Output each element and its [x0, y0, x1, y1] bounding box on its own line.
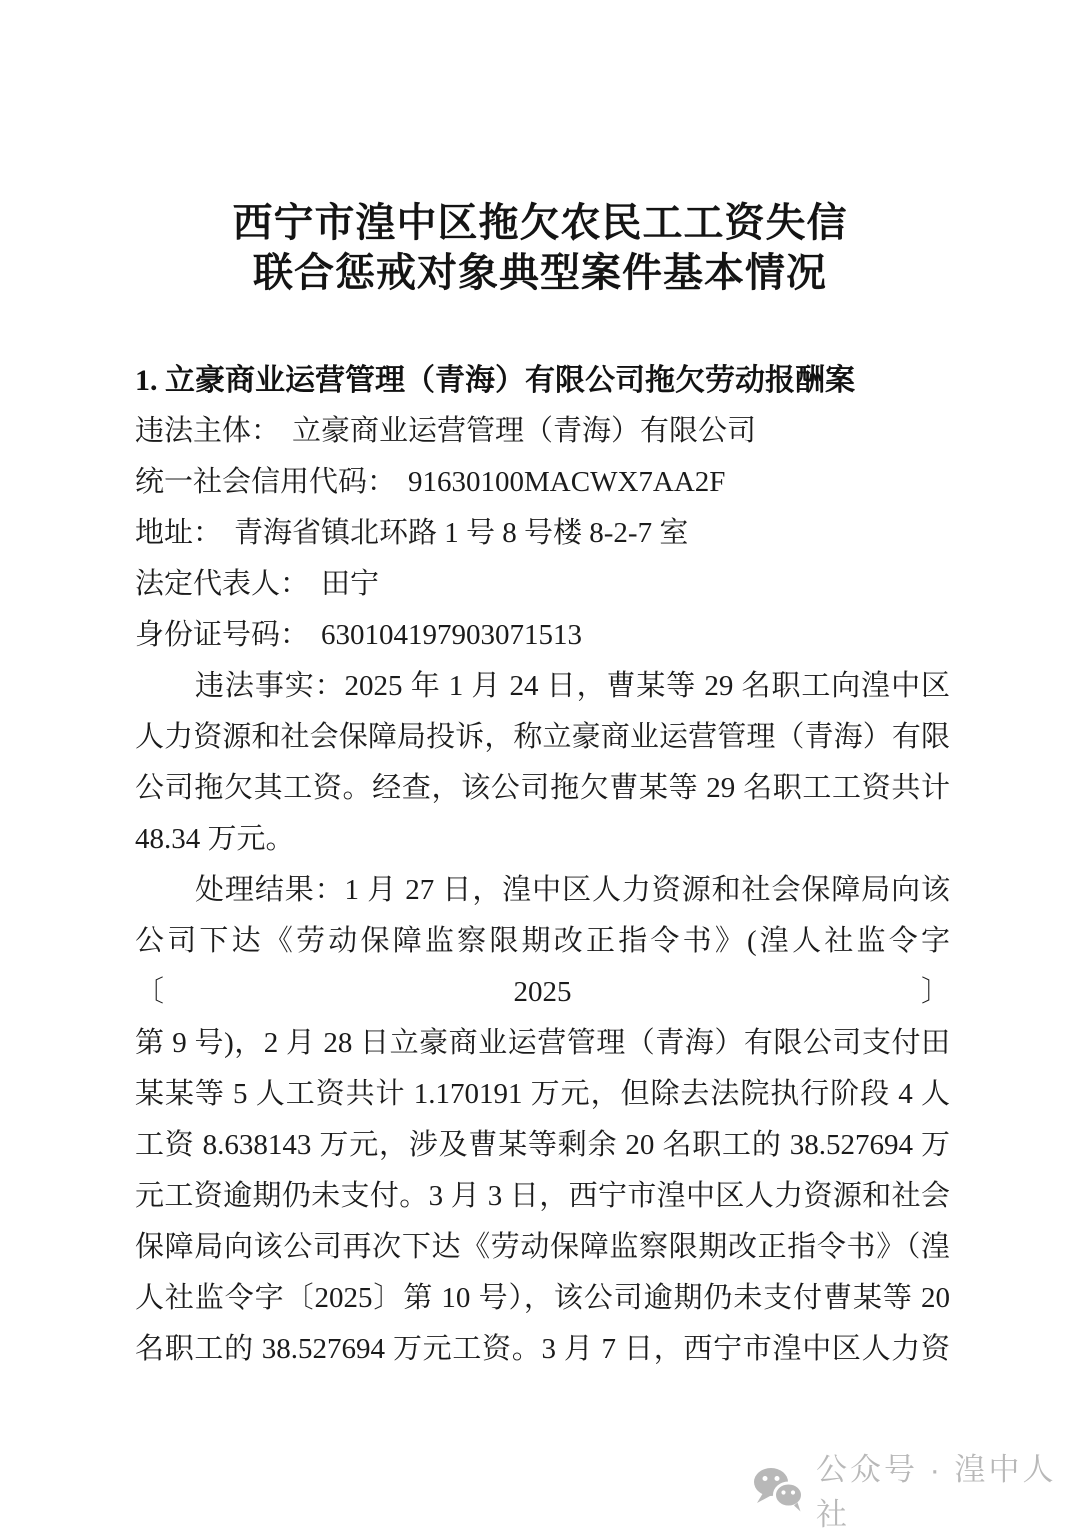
- paragraph-line-result-7: 保障局向该公司再次下达《劳动保障监察限期改正指令书》（湟: [135, 1222, 950, 1273]
- field-value: 91630100MACWX7AA2F: [408, 466, 725, 498]
- paragraph-line-result-2: 公司下达《劳动保障监察限期改正指令书》(湟人社监令字〔2025〕: [135, 916, 950, 1018]
- paragraph-line-result-4: 某某等 5 人工资共计 1.170191 万元，但除去法院执行阶段 4 人: [135, 1069, 950, 1120]
- paragraph-line-result-8: 人社监令字〔2025〕第 10 号），该公司逾期仍未支付曹某等 20: [135, 1273, 950, 1324]
- field-row-id-number: 身份证号码：630104197903071513: [135, 610, 950, 661]
- field-value: 立豪商业运营管理（青海）有限公司: [292, 415, 756, 447]
- document-page: 西宁市湟中区拖欠农民工工资失信 联合惩戒对象典型案件基本情况 1. 立豪商业运营…: [0, 0, 1080, 1528]
- field-label: 身份证号码：: [135, 619, 309, 651]
- paragraph-line-result-1: 处理结果：1 月 27 日，湟中区人力资源和社会保障局向该: [135, 865, 950, 916]
- watermark-text: 公众号 · 湟中人社: [816, 1444, 1080, 1528]
- field-value: 630104197903071513: [321, 619, 582, 651]
- paragraph-line-result-6: 元工资逾期仍未支付。3 月 3 日，西宁市湟中区人力资源和社会: [135, 1171, 950, 1222]
- document-body: 1. 立豪商业运营管理（青海）有限公司拖欠劳动报酬案 违法主体：立豪商业运营管理…: [135, 355, 950, 1375]
- paragraph-line-facts-1: 违法事实：2025 年 1 月 24 日，曹某等 29 名职工向湟中区: [135, 661, 950, 712]
- field-row-address: 地址：青海省镇北环路 1 号 8 号楼 8-2-7 室: [135, 508, 950, 559]
- paragraph-line-facts-2: 人力资源和社会保障局投诉，称立豪商业运营管理（青海）有限: [135, 712, 950, 763]
- field-row-credit-code: 统一社会信用代码：91630100MACWX7AA2F: [135, 457, 950, 508]
- paragraph-line-result-3: 第 9 号)，2 月 28 日立豪商业运营管理（青海）有限公司支付田: [135, 1018, 950, 1069]
- field-label: 法定代表人：: [135, 568, 309, 600]
- document-title: 西宁市湟中区拖欠农民工工资失信 联合惩戒对象典型案件基本情况: [0, 198, 1080, 298]
- document-title-line2: 联合惩戒对象典型案件基本情况: [0, 248, 1080, 298]
- field-label: 统一社会信用代码：: [135, 466, 396, 498]
- case-heading: 1. 立豪商业运营管理（青海）有限公司拖欠劳动报酬案: [135, 355, 950, 406]
- wechat-icon: [752, 1466, 804, 1512]
- paragraph-line-result-5: 工资 8.638143 万元，涉及曹某等剩余 20 名职工的 38.527694…: [135, 1120, 950, 1171]
- document-title-line1: 西宁市湟中区拖欠农民工工资失信: [0, 198, 1080, 248]
- field-value: 田宁: [321, 568, 379, 600]
- paragraph-line-facts-3: 公司拖欠其工资。经查，该公司拖欠曹某等 29 名职工工资共计: [135, 763, 950, 814]
- field-row-violation-subject: 违法主体：立豪商业运营管理（青海）有限公司: [135, 406, 950, 457]
- paragraph-line-facts-4: 48.34 万元。: [135, 814, 950, 865]
- field-row-legal-representative: 法定代表人：田宁: [135, 559, 950, 610]
- field-label: 违法主体：: [135, 415, 280, 447]
- paragraph-line-result-9: 名职工的 38.527694 万元工资。3 月 7 日，西宁市湟中区人力资: [135, 1324, 950, 1375]
- field-value: 青海省镇北环路 1 号 8 号楼 8-2-7 室: [234, 517, 688, 549]
- field-label: 地址：: [135, 517, 222, 549]
- wechat-watermark: 公众号 · 湟中人社: [752, 1462, 1080, 1516]
